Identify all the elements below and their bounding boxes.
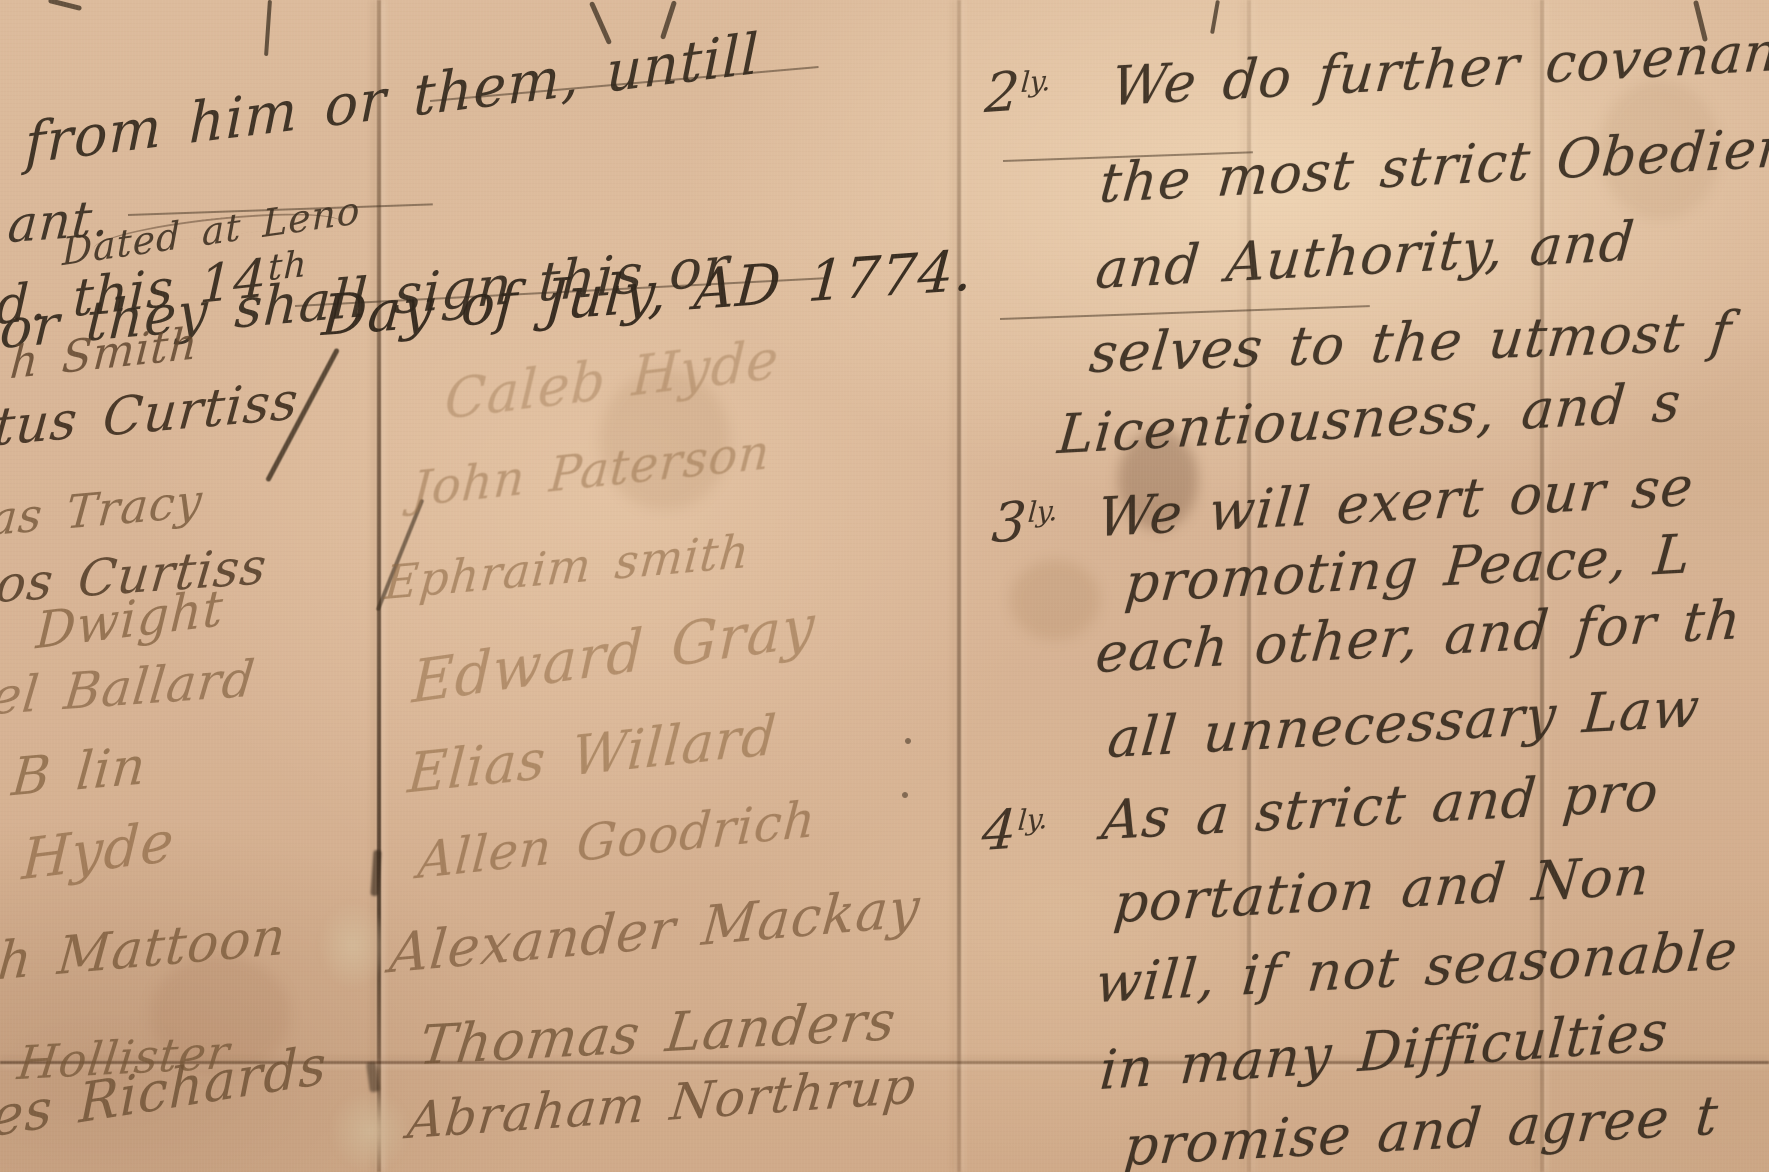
signature-middle: Edward Gray xyxy=(411,591,817,717)
signature-left: h Mattoon xyxy=(0,906,289,992)
clause-number-suffix: ly. xyxy=(1020,64,1052,99)
crease-damage-speck xyxy=(366,1061,380,1092)
signature-middle: Elias Willard xyxy=(406,703,779,806)
clause-marker: 4ly. xyxy=(980,795,1050,863)
clause-number: 3 xyxy=(990,489,1030,555)
clause-number: 4 xyxy=(980,797,1020,863)
signature-middle: Ephraim smith xyxy=(383,524,752,611)
cut-line-fragment xyxy=(48,0,82,11)
vertical-fold-crease-left xyxy=(377,0,381,1172)
clause-line: promise and agree t xyxy=(1121,1084,1721,1172)
clause-number: 2 xyxy=(983,59,1023,125)
clause-line: We do further covenant xyxy=(1109,19,1769,119)
clause-marker: 3ly. xyxy=(990,487,1060,555)
clause-line: the most strict Obedien xyxy=(1097,115,1769,215)
paper-damage-patch xyxy=(330,1090,410,1172)
clause-number-suffix: ly. xyxy=(1027,494,1059,529)
cut-line-fragment xyxy=(589,1,612,45)
date-superscript: th xyxy=(267,244,308,290)
signature-left: B lin xyxy=(9,736,148,808)
clause-line: As a strict and pro xyxy=(1099,760,1661,853)
clause-line: and Authority, and xyxy=(1093,210,1637,302)
manuscript-page: from him or them, untill or they shall s… xyxy=(0,0,1769,1172)
covenant-line: from him or them, untill xyxy=(24,21,760,177)
vertical-fold-crease-middle xyxy=(957,0,961,1172)
signature-left: el Ballard xyxy=(0,649,258,726)
signature-left: Hyde xyxy=(20,809,176,894)
cut-line-fragment xyxy=(1210,0,1220,34)
clause-line: portation and Non xyxy=(1111,844,1652,935)
ink-dot xyxy=(902,792,908,798)
clause-line: in many Difficulties xyxy=(1098,999,1671,1102)
cut-line-fragment xyxy=(264,0,272,56)
signature-middle: Alexander Mackay xyxy=(387,875,923,985)
crease-damage-speck xyxy=(370,850,381,896)
signature-left: as Tracy xyxy=(0,473,205,546)
signature-middle: John Paterson xyxy=(410,424,772,518)
paper-damage-patch xyxy=(318,900,388,990)
signature-middle: Allen Goodrich xyxy=(416,790,818,891)
clause-line: all unnecessary Law xyxy=(1105,676,1703,770)
stain xyxy=(1010,560,1100,640)
signature-middle: Caleb Hyde xyxy=(443,327,780,432)
clause-line: Licentiousness, and s xyxy=(1055,370,1684,466)
clause-marker: 2ly. xyxy=(983,57,1053,125)
clause-number-suffix: ly. xyxy=(1017,802,1049,837)
ink-dot xyxy=(905,738,911,744)
